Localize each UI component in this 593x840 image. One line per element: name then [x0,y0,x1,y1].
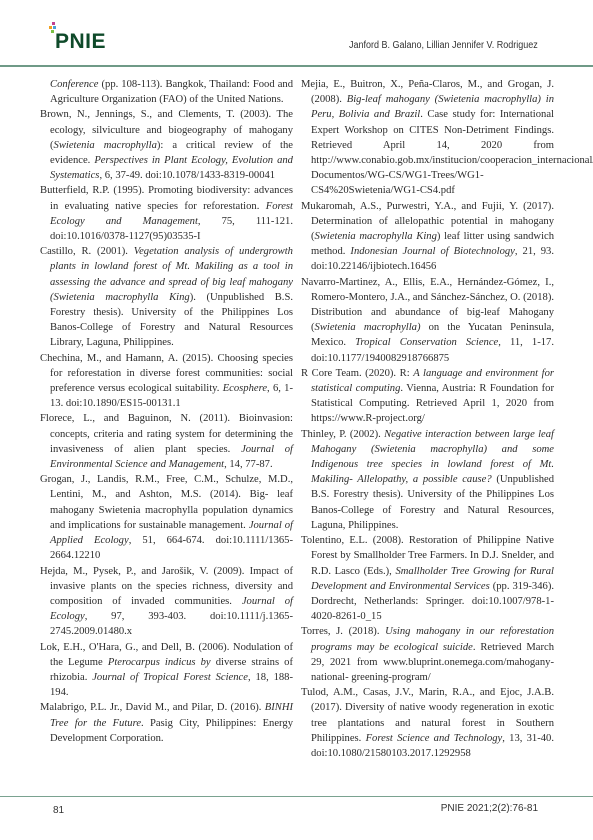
reference-entry: Florece, L., and Baguinon, N. (2011). Bi… [40,411,293,472]
reference-entry: Thinley, P. (2002). Negative interaction… [301,427,554,533]
reference-entry: Mejia, E., Buitron, X., Peña-Claros, M.,… [301,77,554,199]
reference-entry: Grogan, J., Landis, R.M., Free, C.M., Sc… [40,472,293,563]
reference-entry: Brown, N., Jennings, S., and Clements, T… [40,107,293,183]
journal-logo: PNIE [55,30,106,54]
references-left-column: Conference (pp. 108-113). Bangkok, Thail… [40,77,293,746]
reference-entry: Chechina, M., and Hamann, A. (2015). Cho… [40,351,293,412]
reference-entry: Lok, E.H., O'Hara, G., and Dell, B. (200… [40,640,293,701]
reference-entry: Malabrigo, P.L. Jr., David M., and Pilar… [40,700,293,746]
reference-entry: Navarro-Martinez, A., Ellis, E.A., Herná… [301,275,554,366]
reference-entry: Tolentino, E.L. (2008). Restoration of P… [301,533,554,624]
header-rule [0,65,593,67]
reference-entry: Mukaromah, A.S., Purwestri, Y.A., and Fu… [301,199,554,275]
running-head-authors: Janford B. Galano, Lillian Jennifer V. R… [349,40,538,51]
logo-mark-icon [49,22,59,34]
logo-text: PNIE [55,30,106,53]
reference-entry: Butterfield, R.P. (1995). Promoting biod… [40,183,293,244]
references-right-column: Mejia, E., Buitron, X., Peña-Claros, M.,… [301,77,554,761]
reference-entry: Hejda, M., Pysek, P., and Jarošik, V. (2… [40,564,293,640]
footer-rule [0,796,593,797]
journal-citation: PNIE 2021;2(2):76-81 [441,803,538,814]
reference-entry: R Core Team. (2020). R: A language and e… [301,366,554,427]
reference-entry: Tulod, A.M., Casas, J.V., Marin, R.A., a… [301,685,554,761]
reference-entry: Castillo, R. (2001). Vegetation analysis… [40,244,293,350]
page-number: 81 [53,805,64,816]
reference-entry: Torres, J. (2018). Using mahogany in our… [301,624,554,685]
page-header: PNIE Janford B. Galano, Lillian Jennifer… [0,0,593,66]
reference-entry: Conference (pp. 108-113). Bangkok, Thail… [40,77,293,107]
